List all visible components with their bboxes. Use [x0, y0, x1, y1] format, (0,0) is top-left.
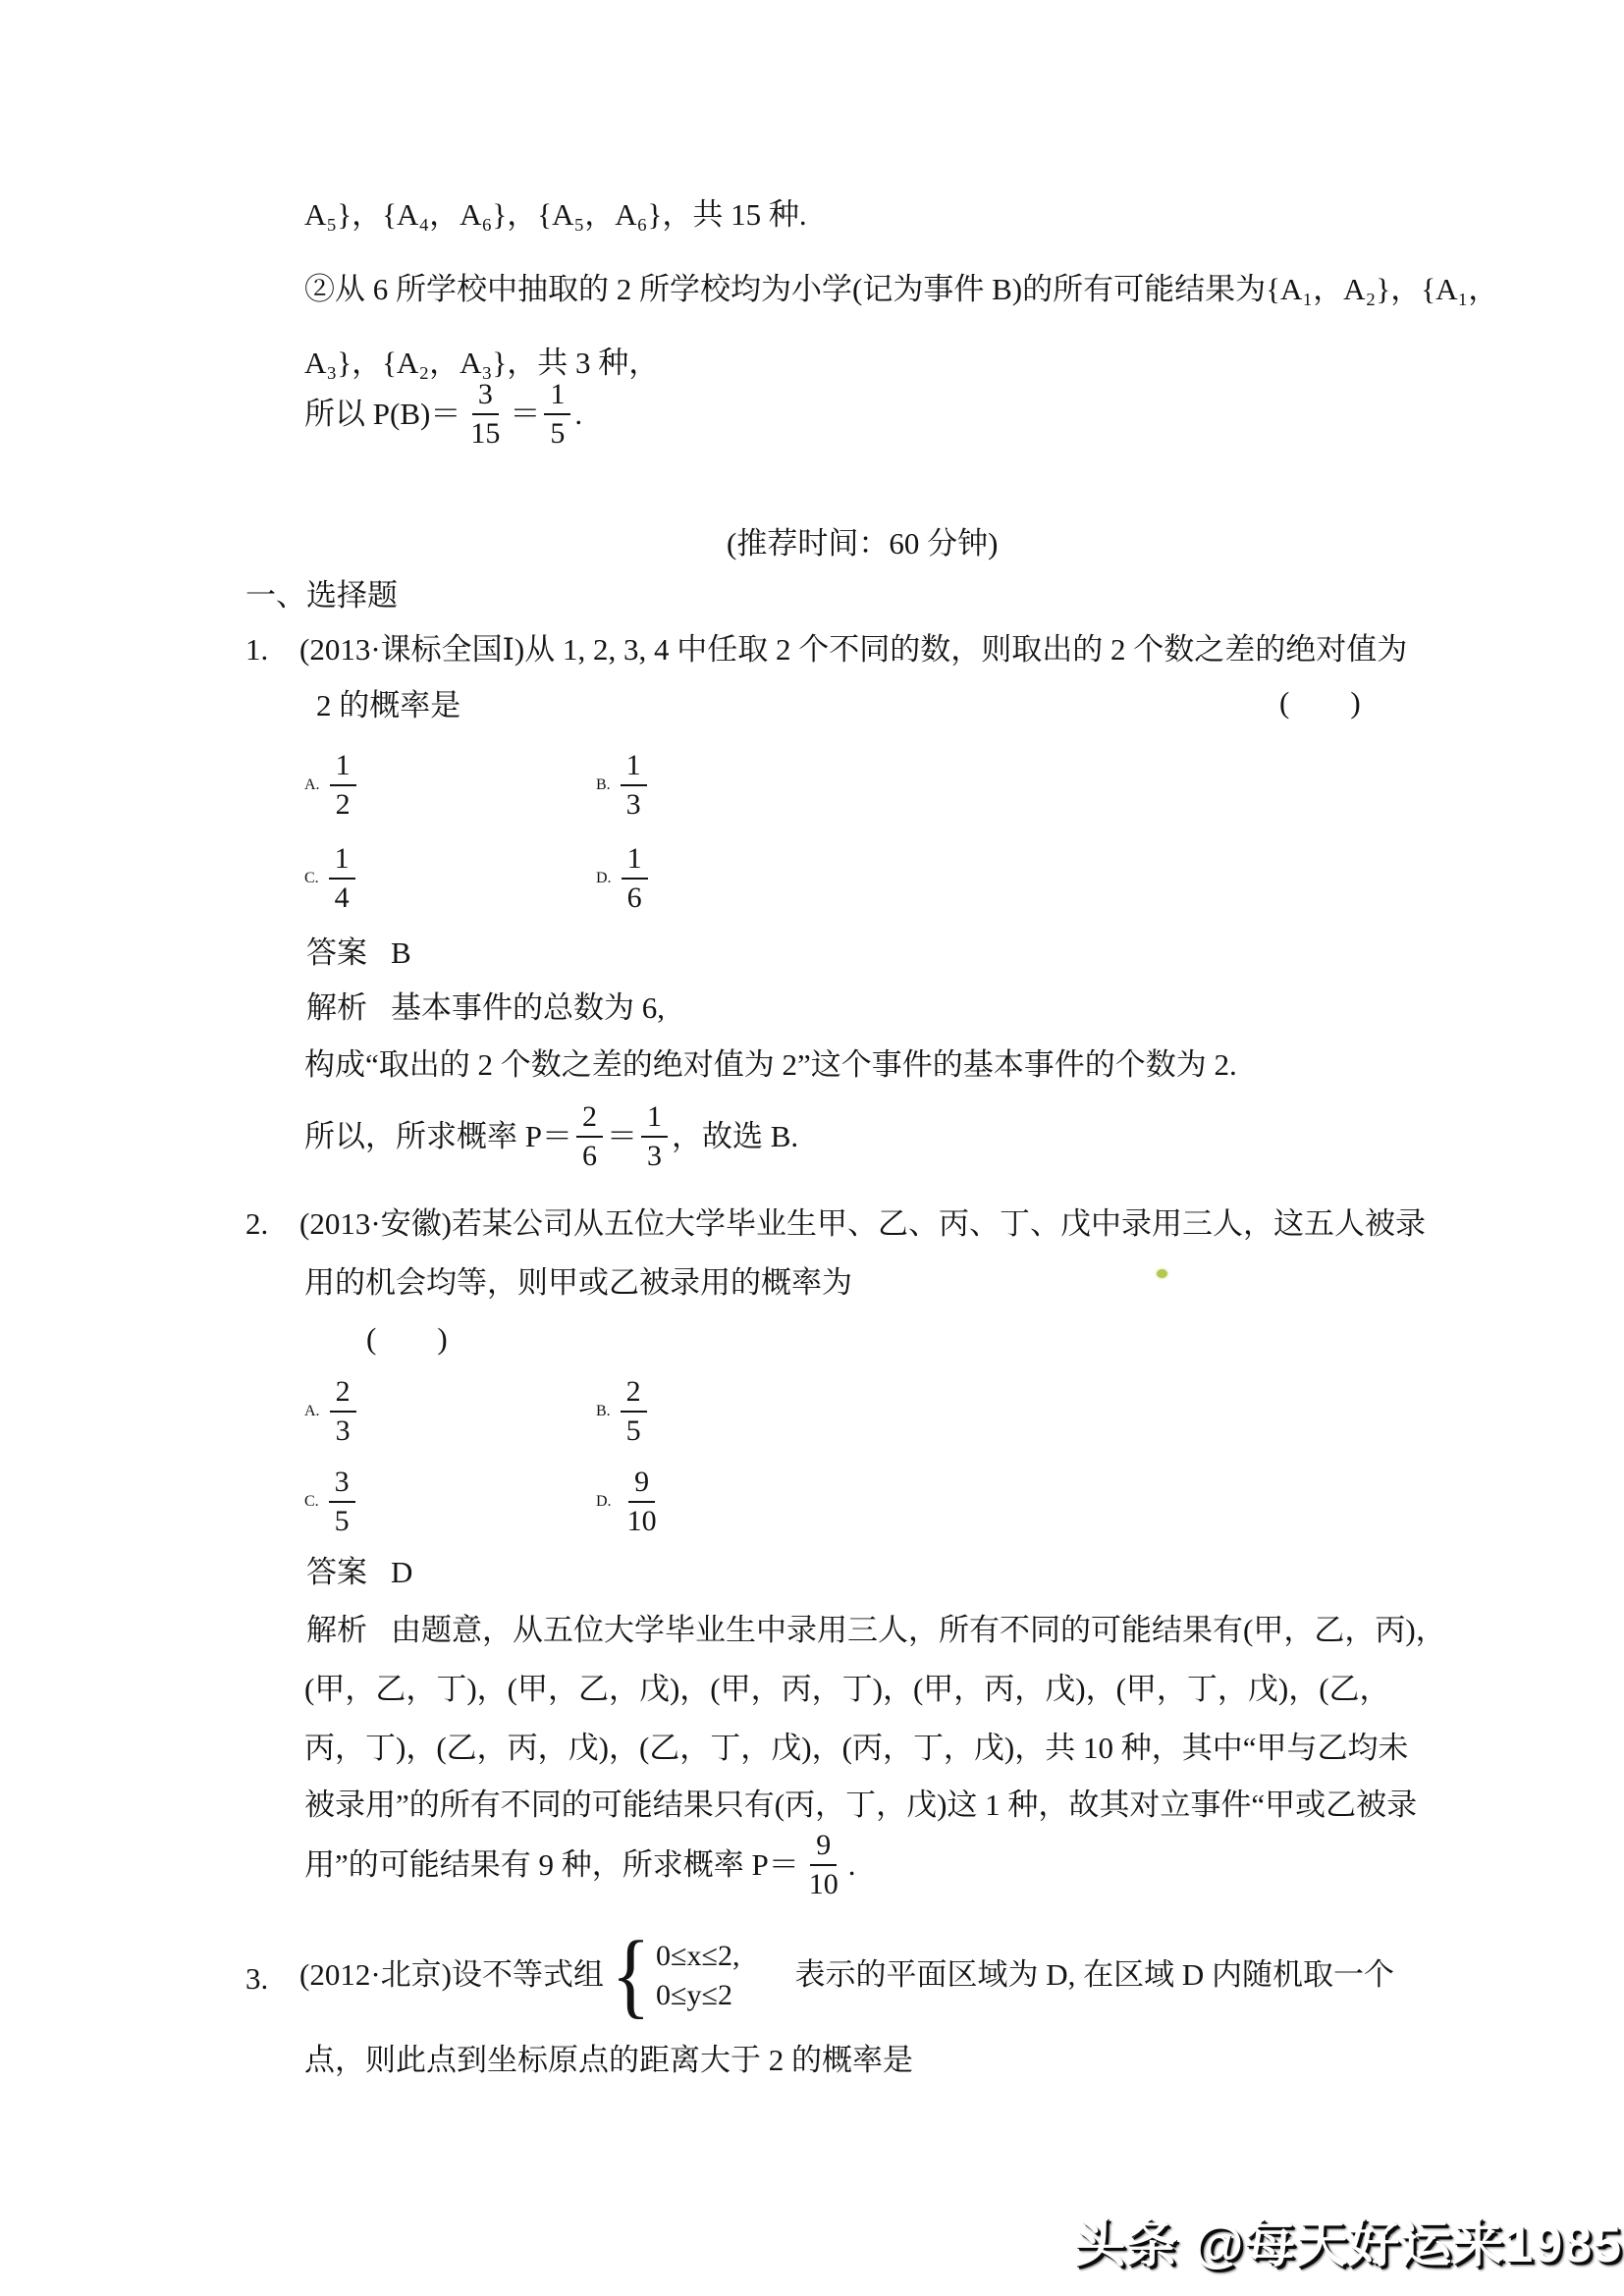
stray-green-dot — [1157, 1269, 1167, 1278]
q1-answer-paren: ( ) — [1279, 684, 1361, 721]
q1-answer-line: 答案 B — [306, 934, 411, 972]
fraction: 3 5 — [329, 1466, 355, 1537]
q2-analysis-line-1: 解析 由题意，从五位大学毕业生中录用三人，所有不同的可能结果有(甲，乙，丙)， — [306, 1612, 1446, 1649]
answer-value: B — [391, 934, 411, 972]
analysis-label: 解析 — [306, 1612, 367, 1649]
fraction: 1 4 — [329, 842, 355, 914]
q2-analysis-line-4: 被录用”的所有不同的可能结果只有(丙，丁，戊)这 1 种，故其对立事件“甲或乙被… — [304, 1787, 1417, 1824]
fraction: 9 10 — [803, 1829, 844, 1900]
q2-option-d: D. 9 10 — [596, 1458, 667, 1546]
fraction: 1 5 — [544, 378, 570, 450]
fraction: 1 2 — [330, 749, 356, 821]
document-page: A₅}，{A₄，A₆}，{A₅，A₆}，共 15 种. ②从 6 所学校中抽取的… — [0, 0, 1624, 2296]
watermark: 头条 @每天好运来1985 — [1074, 2203, 1622, 2276]
equals-sign: ＝ — [510, 396, 540, 433]
option-label: C. — [304, 870, 319, 887]
q2-analysis-line-3: 丙，丁)，(乙，丙，戊)，(乙，丁，戊)，(丙，丁，戊)，共 10 种，其中“甲… — [304, 1730, 1409, 1767]
option-label: D. — [596, 870, 612, 887]
formula-text: 所以，所求概率 P＝ — [304, 1118, 572, 1155]
formula-period: . — [848, 1846, 856, 1884]
q2-stem-line-2: 用的机会均等，则甲或乙被录用的概率为 — [304, 1264, 852, 1302]
answer-value: D — [391, 1554, 412, 1591]
inequality-row-1: 0≤x≤2, — [656, 1940, 739, 1972]
formula-text: 所以 P(B)＝ — [304, 396, 460, 433]
formula-period: . — [574, 396, 582, 433]
q3-stem-suffix: 表示的平面区域为 D, 在区域 D 内随机取一个 — [794, 1956, 1394, 1994]
q2-answer-line: 答案 D — [306, 1554, 412, 1591]
option-label: C. — [304, 1493, 319, 1511]
formula-tail: ，故选 B. — [672, 1118, 798, 1155]
analysis-text: 由题意，从五位大学毕业生中录用三人，所有不同的可能结果有(甲，乙，丙)， — [391, 1612, 1446, 1649]
left-brace: { — [612, 1931, 651, 2019]
option-label: A. — [304, 776, 320, 794]
option-label: A. — [304, 1403, 320, 1420]
fraction: 1 3 — [621, 749, 647, 821]
q2-analysis-line-2: (甲，乙，丁)，(甲，乙，戊)，(甲，丙，丁)，(甲，丙，戊)，(甲，丁，戊)，… — [304, 1671, 1390, 1708]
inequality-system: 0≤x≤2, 0≤y≤2 — [656, 1940, 739, 2011]
q2-option-a: A. 2 3 — [304, 1367, 360, 1456]
q1-option-b: B. 1 3 — [596, 741, 651, 829]
q1-analysis-formula: 所以，所求概率 P＝ 2 6 ＝ 1 3 ，故选 B. — [304, 1093, 798, 1181]
q1-option-d: D. 1 6 — [596, 834, 652, 923]
analysis-label: 解析 — [306, 989, 367, 1027]
prelude-conclusion-formula: 所以 P(B)＝ 3 15 ＝ 1 5 . — [304, 370, 582, 458]
analysis-text: 基本事件的总数为 6, — [391, 989, 665, 1027]
q1-analysis-line-2: 构成“取出的 2 个数之差的绝对值为 2”这个事件的基本事件的个数为 2. — [304, 1046, 1237, 1084]
q1-analysis-line-1: 解析 基本事件的总数为 6, — [306, 989, 665, 1027]
q2-number: 2. — [245, 1205, 268, 1243]
q1-stem-line-2: 2 的概率是 — [316, 687, 460, 724]
q2-option-b: B. 2 5 — [596, 1367, 651, 1456]
q1-number: 1. — [245, 631, 268, 668]
q3-number: 3. — [245, 1960, 268, 1998]
q1-option-a: A. 1 2 — [304, 741, 360, 829]
q1-option-c: C. 1 4 — [304, 834, 359, 923]
prelude-line-1: A₅}，{A₄，A₆}，{A₅，A₆}，共 15 种. — [304, 196, 807, 234]
fraction: 3 15 — [464, 378, 506, 450]
equals-sign: ＝ — [607, 1118, 637, 1155]
answer-label: 答案 — [306, 1554, 367, 1591]
q2-option-c: C. 3 5 — [304, 1458, 359, 1546]
formula-text: 用”的可能结果有 9 种，所求概率 P＝ — [304, 1846, 799, 1884]
fraction: 9 10 — [622, 1466, 663, 1537]
section-title: 一、选择题 — [245, 577, 398, 614]
q2-stem-line-1: (2013·安徽)若某公司从五位大学毕业生甲、乙、丙、丁、戊中录用三人，这五人被… — [299, 1205, 1426, 1243]
option-label: D. — [596, 1493, 612, 1511]
option-label: B. — [596, 1403, 611, 1420]
q2-answer-paren: ( ) — [366, 1320, 448, 1358]
option-label: B. — [596, 776, 611, 794]
fraction: 2 5 — [621, 1375, 647, 1447]
answer-label: 答案 — [306, 934, 367, 972]
inequality-row-2: 0≤y≤2 — [656, 1979, 739, 2011]
fraction: 2 6 — [576, 1100, 603, 1172]
recommended-time-note: (推荐时间：60 分钟) — [727, 525, 998, 562]
q1-stem-line-1: (2013·课标全国Ⅰ)从 1, 2, 3, 4 中任取 2 个不同的数，则取出… — [299, 631, 1407, 668]
q3-stem-line-1: (2012·北京)设不等式组 { 0≤x≤2, 0≤y≤2 表示的平面区域为 D… — [299, 1926, 1394, 2024]
fraction: 1 3 — [641, 1100, 668, 1172]
prelude-line-2: ②从 6 所学校中抽取的 2 所学校均为小学(记为事件 B)的所有可能结果为{A… — [304, 271, 1498, 308]
q3-stem-line-2: 点，则此点到坐标原点的距离大于 2 的概率是 — [304, 2042, 913, 2079]
q3-stem-prefix: (2012·北京)设不等式组 — [299, 1956, 604, 1994]
fraction: 1 6 — [622, 842, 648, 914]
fraction: 2 3 — [330, 1375, 356, 1447]
q2-analysis-formula: 用”的可能结果有 9 种，所求概率 P＝ 9 10 . — [304, 1821, 856, 1909]
